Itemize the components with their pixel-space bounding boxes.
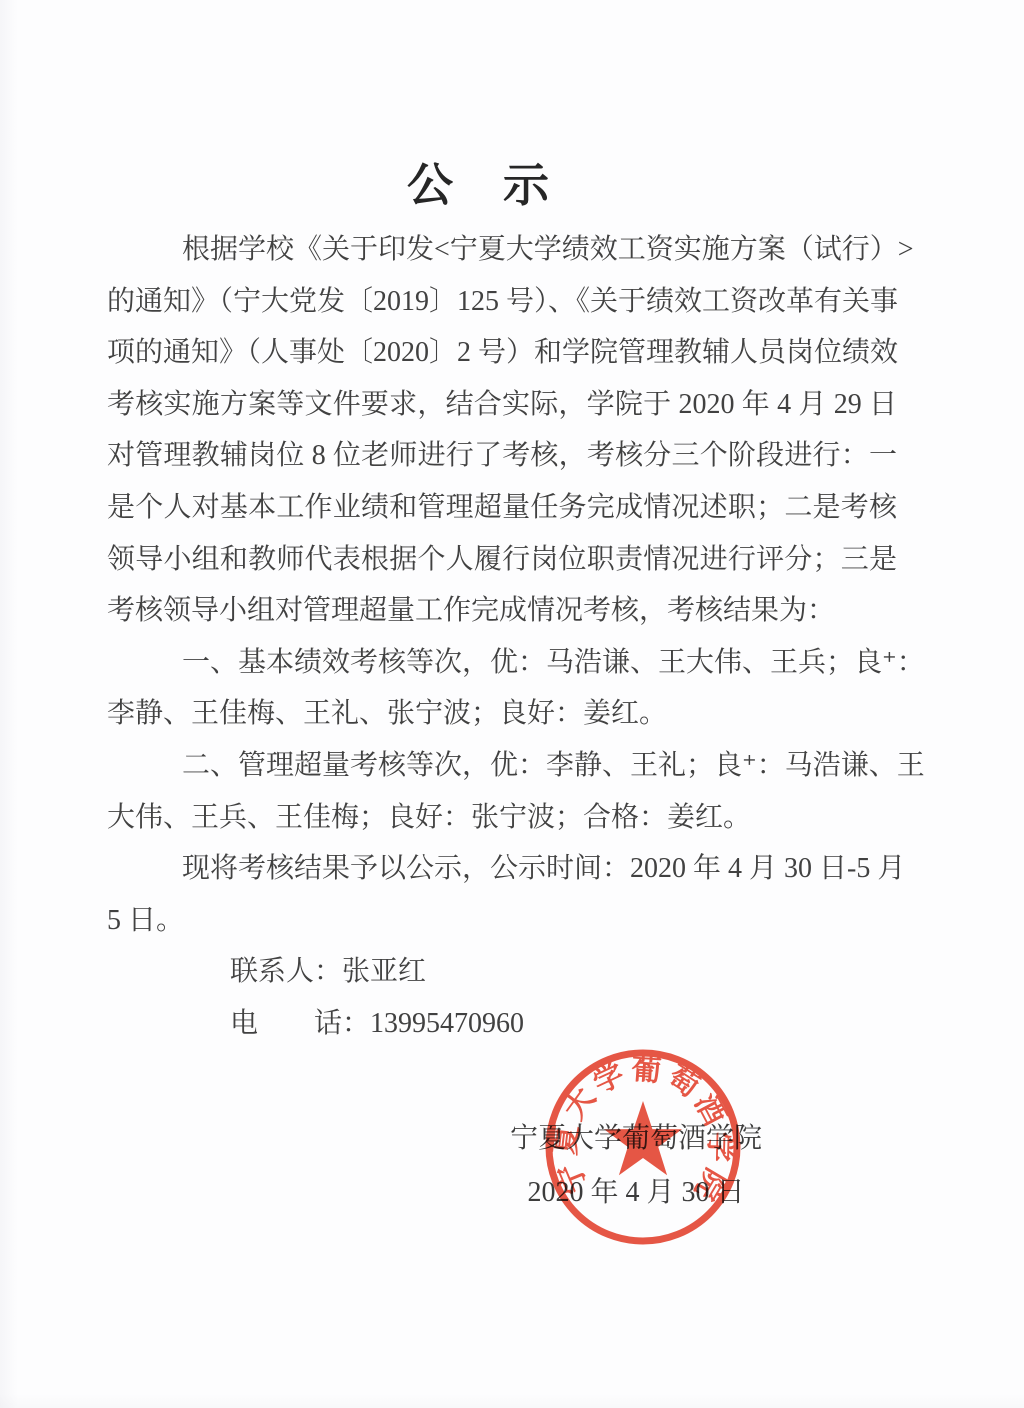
signature-org: 宁夏大学葡萄酒学院 bbox=[506, 1112, 766, 1166]
body-line: 项的通知》（人事处〔2020〕2 号）和学院管理教辅人员岗位绩效 bbox=[107, 327, 897, 379]
body-line: 现将考核结果予以公示，公示时间：2020 年 4 月 30 日-5 月 bbox=[107, 843, 897, 895]
body-line: 根据学校《关于印发<宁夏大学绩效工资实施方案（试行）> bbox=[107, 224, 897, 276]
body-line: 李静、王佳梅、王礼、张宁波；良好：姜红。 bbox=[107, 688, 897, 740]
body-line: 领导小组和教师代表根据个人履行岗位职责情况进行评分；三是 bbox=[107, 534, 897, 586]
signature-date: 2020 年 4 月 30 日 bbox=[506, 1166, 766, 1220]
body-line: 二、管理超量考核等次，优：李静、王礼；良⁺：马浩谦、王 bbox=[107, 740, 897, 792]
body-line: 是个人对基本工作业绩和管理超量任务完成情况述职；二是考核 bbox=[107, 482, 897, 534]
notice-body: 根据学校《关于印发<宁夏大学绩效工资实施方案（试行）>的通知》（宁大党发〔201… bbox=[107, 224, 897, 1050]
body-line: 的通知》（宁大党发〔2019〕125 号）、《关于绩效工资改革有关事 bbox=[107, 276, 897, 328]
body-line: 考核领导小组对管理超量工作完成情况考核，考核结果为： bbox=[107, 585, 897, 637]
signature-block: 宁夏大学葡萄酒学院 2020 年 4 月 30 日 bbox=[506, 1112, 766, 1220]
notice-title: 公 示 bbox=[0, 157, 958, 213]
body-line: 大伟、王兵、王佳梅；良好：张宁波；合格：姜红。 bbox=[107, 792, 897, 844]
body-line: 一、基本绩效考核等次，优：马浩谦、王大伟、王兵；良⁺： bbox=[107, 637, 897, 689]
body-line: 5 日。 bbox=[107, 895, 897, 947]
body-line: 联系人：张亚红 bbox=[107, 946, 897, 998]
scanned-document-page: 公 示 根据学校《关于印发<宁夏大学绩效工资实施方案（试行）>的通知》（宁大党发… bbox=[0, 0, 1024, 1408]
body-line: 电 话：13995470960 bbox=[107, 998, 897, 1050]
body-line: 对管理教辅岗位 8 位老师进行了考核，考核分三个阶段进行：一 bbox=[107, 430, 897, 482]
body-line: 考核实施方案等文件要求，结合实际，学院于 2020 年 4 月 29 日 bbox=[107, 379, 897, 431]
